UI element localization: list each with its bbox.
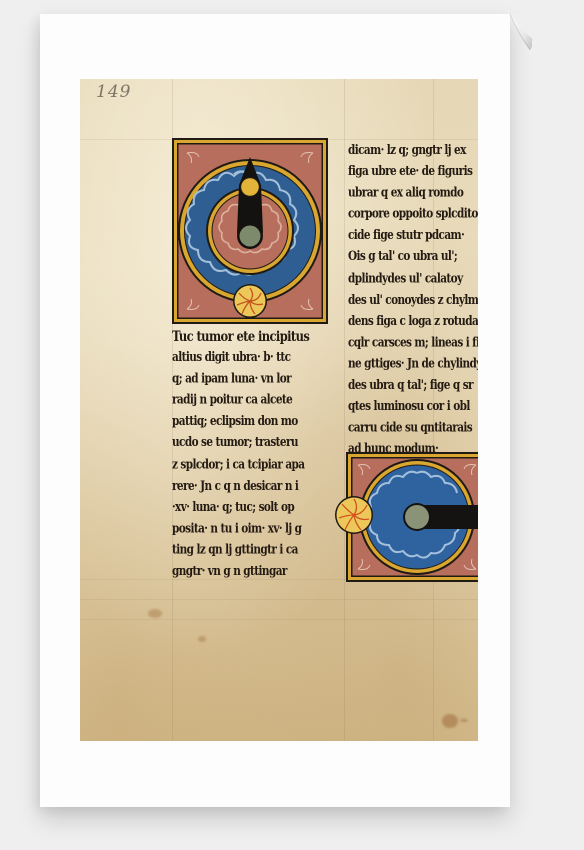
- text-line: q; ad ipam luna· vn lor: [172, 369, 309, 390]
- text-column-right: dicam· lz q; gngtr lj ex figa ubre ete· …: [348, 140, 478, 461]
- text-line: rere· Jn c q n desicar n i: [172, 476, 309, 497]
- text-line: pattiq; eclipsim don mo: [172, 411, 309, 432]
- text-line: gngtr· vn g n gttingar: [172, 561, 309, 582]
- text-line: ting lz qn lj gttingtr i ca: [172, 540, 309, 561]
- text-line: posita· n tu i oim· xv· lj g: [172, 518, 309, 539]
- text-line: corpore oppoito splcdito: [348, 204, 478, 225]
- text-line: ·xv· luna· q; tuc; solt op: [172, 497, 309, 518]
- text-line: figa ubre ete· de figuris: [348, 161, 478, 182]
- text-line: ucdo se tumor; trasteru: [172, 433, 309, 454]
- text-column-left: Tuc tumor ete incipitus altius digit ubr…: [172, 326, 309, 582]
- text-line: dplindydes ul' calatoy: [348, 268, 478, 289]
- text-line: dicam· lz q; gngtr lj ex: [348, 140, 478, 161]
- folio-number: 149: [96, 82, 131, 102]
- text-line: dens figa c loga z rotuda: [348, 311, 478, 332]
- page-curl-icon: [472, 10, 532, 56]
- text-line: altius digit ubra· b· ttc: [172, 347, 309, 368]
- text-line: carru cide su qntitarais: [348, 418, 478, 439]
- text-line: ubrar q ex aliq romdo: [348, 183, 478, 204]
- text-line: des ul' conoydes z chylm: [348, 290, 478, 311]
- text-line: ne gttiges· Jn de chylindy: [348, 354, 478, 375]
- manuscript-page: 149: [80, 79, 478, 741]
- text-line: cide fige stutr pdcam·: [348, 225, 478, 246]
- text-line: qtes luminosu cor i obl: [348, 396, 478, 417]
- text-line: radij n poitur ca alcete: [172, 390, 309, 411]
- text-line: cqlr carsces m; lineas i fi: [348, 332, 478, 353]
- text-line: Ois g tal' co ubra ul';: [348, 247, 478, 268]
- text-line: Tuc tumor ete incipitus: [172, 326, 309, 347]
- eclipse-diagram-horizontal: [334, 451, 478, 585]
- text-line: z splcdor; i ca tcipiar apa: [172, 454, 309, 475]
- eclipse-diagram-vertical: [171, 137, 329, 325]
- text-line: des ubra q tal'; fige q sr: [348, 375, 478, 396]
